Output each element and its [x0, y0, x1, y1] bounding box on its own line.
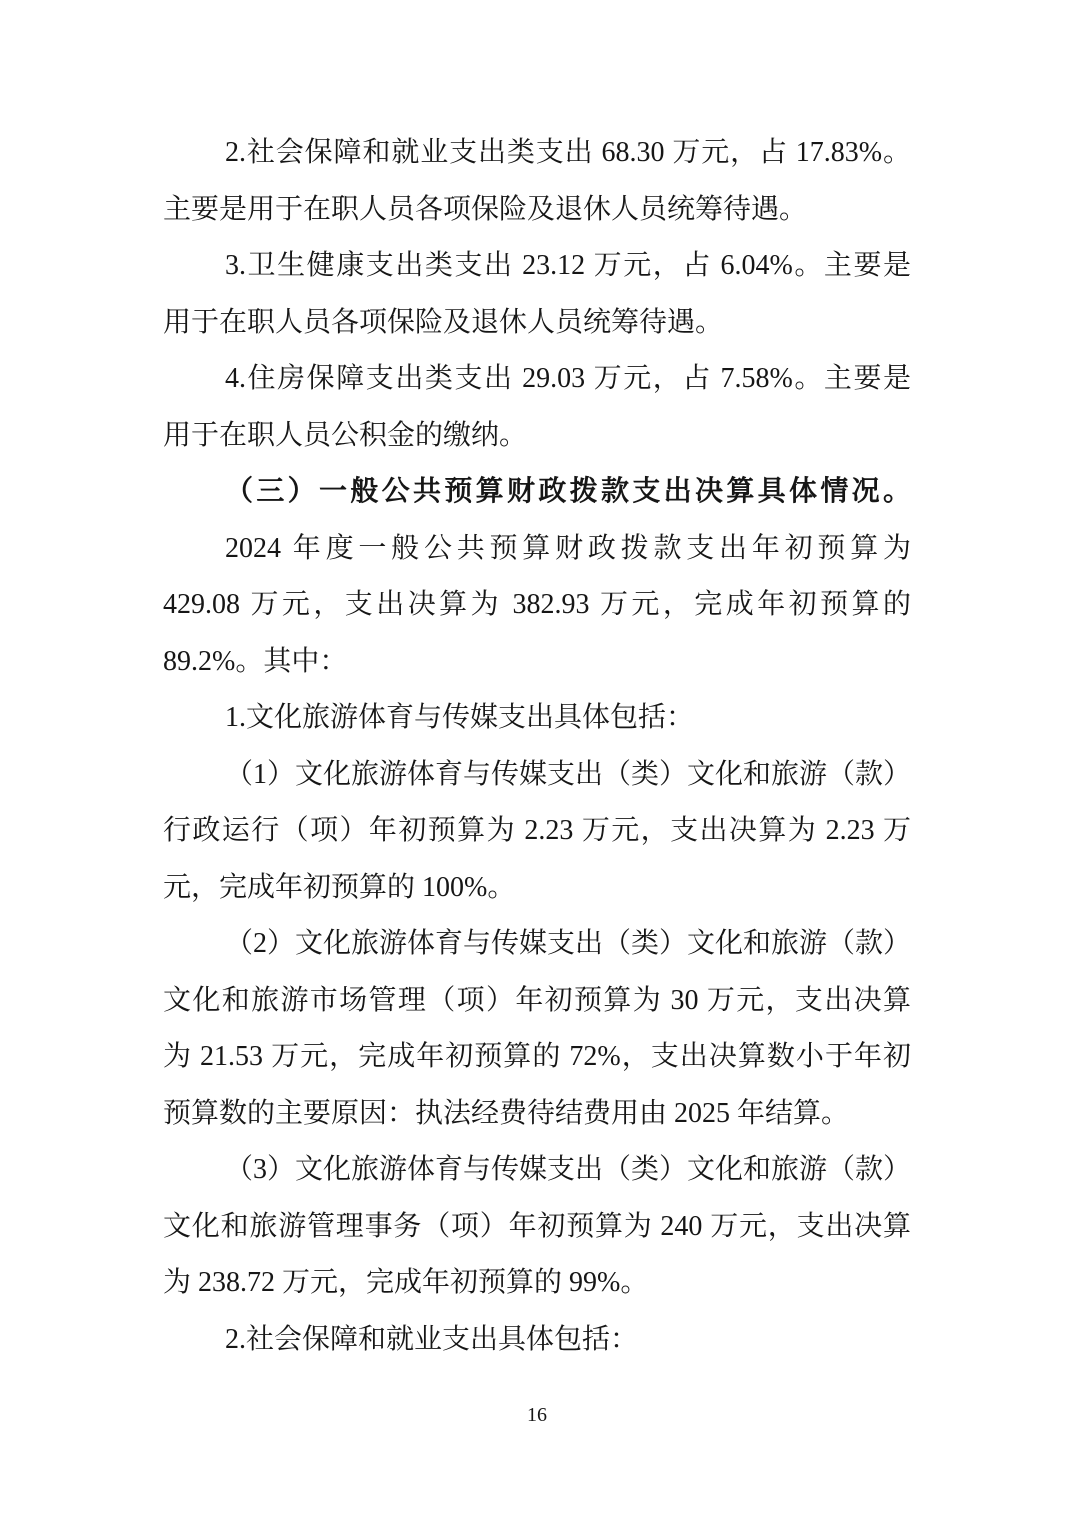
page-number: 16: [0, 1400, 1074, 1430]
text-line: 为 238.72 万元，完成年初预算的 99%。: [163, 1255, 911, 1312]
text-line: 用于在职人员公积金的缴纳。: [163, 408, 911, 465]
text-line: 1.文化旅游体育与传媒支出具体包括：: [163, 690, 911, 747]
text-line: 429.08 万元，支出决算为 382.93 万元，完成年初预算的: [163, 577, 911, 634]
text-line: 2.社会保障和就业支出类支出 68.30 万元，占 17.83%。: [163, 125, 911, 182]
text-line: 3.卫生健康支出类支出 23.12 万元，占 6.04%。主要是: [163, 238, 911, 295]
text-line: 主要是用于在职人员各项保险及退休人员统筹待遇。: [163, 182, 911, 239]
text-line: 元，完成年初预算的 100%。: [163, 860, 911, 917]
text-line: （3）文化旅游体育与传媒支出（类）文化和旅游（款）: [163, 1142, 911, 1199]
text-line: 文化和旅游管理事务（项）年初预算为 240 万元，支出决算: [163, 1199, 911, 1256]
text-line: （2）文化旅游体育与传媒支出（类）文化和旅游（款）: [163, 916, 911, 973]
text-line: 为 21.53 万元，完成年初预算的 72%，支出决算数小于年初: [163, 1029, 911, 1086]
text-line: 预算数的主要原因：执法经费待结费用由 2025 年结算。: [163, 1086, 911, 1143]
text-line: （1）文化旅游体育与传媒支出（类）文化和旅游（款）: [163, 747, 911, 804]
text-line: 2024 年度一般公共预算财政拨款支出年初预算为: [163, 521, 911, 578]
document-body: 2.社会保障和就业支出类支出 68.30 万元，占 17.83%。主要是用于在职…: [163, 125, 911, 1368]
text-line: 4.住房保障支出类支出 29.03 万元，占 7.58%。主要是: [163, 351, 911, 408]
text-line: 2.社会保障和就业支出具体包括：: [163, 1312, 911, 1369]
text-line: 文化和旅游市场管理（项）年初预算为 30 万元，支出决算: [163, 973, 911, 1030]
text-line: 用于在职人员各项保险及退休人员统筹待遇。: [163, 295, 911, 352]
text-line: 行政运行（项）年初预算为 2.23 万元，支出决算为 2.23 万: [163, 803, 911, 860]
text-line: （三）一般公共预算财政拨款支出决算具体情况。: [163, 464, 911, 521]
text-line: 89.2%。其中：: [163, 634, 911, 691]
